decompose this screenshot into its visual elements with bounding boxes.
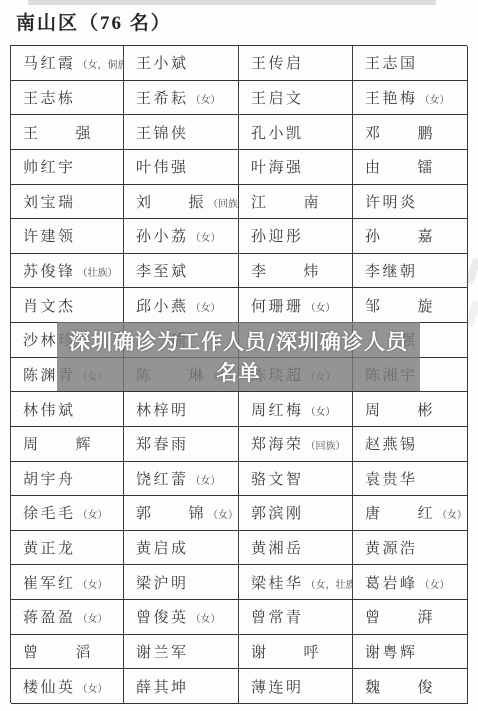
person-name: 许明炎 [365,191,418,212]
person-tag: （壮族） [78,264,118,279]
person-name: 由 镭 [365,156,435,177]
person-name: 邱小燕 [136,295,189,316]
table-cell: 郭 锦（女） [124,496,239,531]
person-tag: （女） [78,576,108,591]
person-name: 谢粤辉 [365,641,418,662]
person-name: 黄正龙 [23,537,76,558]
person-name: 黄源浩 [365,537,418,558]
person-tag: （女） [78,680,108,695]
scan-artifact-top [28,0,436,5]
table-cell: 李 炜 [239,254,353,289]
table-cell: 黄正龙 [11,531,124,566]
person-name: 周 彬 [365,399,435,420]
person-name: 魏 俊 [365,676,435,697]
table-cell: 黄湘岳 [239,531,353,566]
table-cell: 魏 俊 [353,669,468,704]
person-name: 曾 湃 [365,606,435,627]
person-tag: （女） [191,91,221,106]
person-name: 葛岩峰 [365,572,418,593]
table-cell: 葛岩峰（女） [353,565,468,600]
person-name: 楼仙英 [23,676,76,697]
person-tag: （女） [191,610,221,625]
table-cell: 郑春雨 [124,427,239,462]
table-cell: 王传启 [239,46,353,81]
table-cell: 蒋盈盈（女） [11,600,124,635]
person-name: 李继朝 [365,260,418,281]
person-tag: （回族） [306,437,346,452]
person-name: 肖文杰 [23,295,76,316]
person-name: 孙 嘉 [365,225,435,246]
table-cell: 谢 呼 [239,635,353,670]
table-cell: 胡宇舟 [11,462,124,497]
person-name: 曾常青 [251,606,304,627]
table-cell: 梁桂华（女，壮族） [239,565,353,600]
table-cell: 楼仙英（女） [11,669,124,704]
person-name: 周红梅 [251,399,304,420]
table-cell: 江 南 [239,185,353,220]
person-tag: （女） [191,299,221,314]
table-cell: 曾 湃 [353,600,468,635]
table-cell: 叶伟强 [124,150,239,185]
person-name: 王 强 [23,122,93,143]
person-name: 薛其坤 [136,676,189,697]
person-name: 叶伟强 [136,156,189,177]
watermark-overlay: 深圳确诊为工作人员/深圳确诊人员 名单 [57,322,420,391]
person-tag: （女） [191,229,221,244]
table-cell: 刘宝瑞 [11,185,124,220]
table-cell: 唐 红（女） [353,496,468,531]
table-cell: 徐毛毛（女） [11,496,124,531]
person-tag: （女） [420,576,450,591]
table-cell: 曾常青 [239,600,353,635]
table-cell: 周红梅（女） [239,392,353,427]
table-cell: 李继朝 [353,254,468,289]
person-name: 黄湘岳 [251,537,304,558]
person-tag: （女） [437,506,467,521]
person-name: 孙小荔 [136,225,189,246]
person-name: 薄连明 [251,676,304,697]
person-name: 帅红宇 [23,156,76,177]
person-tag: （女） [306,299,336,314]
person-name: 邓 鹏 [365,122,435,143]
table-cell: 由 镭 [353,150,468,185]
person-name: 袁贵华 [365,468,418,489]
table-cell: 曾俊英（女） [124,600,239,635]
table-cell: 谢粤辉 [353,635,468,670]
person-name: 郑春雨 [136,433,189,454]
table-cell: 谢兰军 [124,635,239,670]
table-cell: 黄源浩 [353,531,468,566]
table-cell: 崔军红（女） [11,565,124,600]
person-tag: （女，壮族） [306,576,353,591]
person-tag: （女，侗族） [78,56,124,71]
person-name: 刘宝瑞 [23,191,76,212]
table-cell: 邱小燕（女） [124,288,239,323]
table-cell: 黄启成 [124,531,239,566]
table-cell: 何珊珊（女） [239,288,353,323]
table-cell: 周 彬 [353,392,468,427]
table-cell: 曾 滔 [11,635,124,670]
watermark-line2: 名单 [217,358,261,388]
person-name: 赵燕锡 [365,433,418,454]
table-cell: 邓 鹏 [353,115,468,150]
person-name: 许建领 [23,225,76,246]
person-name: 王小斌 [136,52,189,73]
person-tag: （女） [78,506,108,521]
table-cell: 王希耘（女） [124,81,239,116]
table-cell: 许明炎 [353,185,468,220]
person-name: 马红霞 [23,52,76,73]
table-cell: 袁贵华 [353,462,468,497]
table-cell: 刘 振（回族） [124,185,239,220]
person-name: 胡宇舟 [23,468,76,489]
person-name: 谢 呼 [251,641,321,662]
table-cell: 王小斌 [124,46,239,81]
person-name: 王启文 [251,87,304,108]
person-name: 徐毛毛 [23,502,76,523]
page-title: 南山区（76 名） [16,8,172,35]
table-cell: 王志栋 [11,81,124,116]
person-name: 骆文智 [251,468,304,489]
person-name: 叶海强 [251,156,304,177]
table-cell: 王志国 [353,46,468,81]
table-cell: 薛其坤 [124,669,239,704]
table-cell: 郑海荣（回族） [239,427,353,462]
table-cell: 王锦侠 [124,115,239,150]
table-cell: 赵燕锡 [353,427,468,462]
person-name: 林梓明 [136,399,189,420]
table-cell: 周 辉 [11,427,124,462]
person-name: 周 辉 [23,433,93,454]
person-name: 苏俊锋 [23,260,76,281]
table-cell: 苏俊锋（壮族） [11,254,124,289]
person-name: 梁桂华 [251,572,304,593]
table-cell: 许建领 [11,219,124,254]
person-name: 孙迎彤 [251,225,304,246]
person-name: 饶红蕾 [136,468,189,489]
person-name: 李 炜 [251,260,321,281]
watermark-line1: 深圳确诊为工作人员/深圳确诊人员 [69,326,408,358]
person-name: 王希耘 [136,87,189,108]
person-name: 谢兰军 [136,641,189,662]
table-cell: 马红霞（女，侗族） [11,46,124,81]
person-name: 黄启成 [136,537,189,558]
person-name: 蒋盈盈 [23,606,76,627]
table-cell: 王艳梅（女） [353,81,468,116]
table-cell: 孙迎彤 [239,219,353,254]
person-name: 何珊珊 [251,295,304,316]
table-cell: 林伟斌 [11,392,124,427]
table-cell: 骆文智 [239,462,353,497]
person-name: 李至斌 [136,260,189,281]
person-name: 王志国 [365,52,418,73]
table-cell: 饶红蕾（女） [124,462,239,497]
table-cell: 梁沪明 [124,565,239,600]
table-cell: 肖文杰 [11,288,124,323]
table-cell: 孔小凯 [239,115,353,150]
person-tag: （回族） [208,195,239,210]
person-name: 王锦侠 [136,122,189,143]
person-name: 梁沪明 [136,572,189,593]
person-name: 刘 振 [136,191,206,212]
table-cell: 孙 嘉 [353,219,468,254]
person-name: 王传启 [251,52,304,73]
person-name: 曾 滔 [23,641,93,662]
table-cell: 林梓明 [124,392,239,427]
table-cell: 郭滨刚 [239,496,353,531]
person-name: 唐 红 [365,502,435,523]
person-tag: （女） [420,91,450,106]
table-cell: 叶海强 [239,150,353,185]
table-cell: 李至斌 [124,254,239,289]
table-cell: 薄连明 [239,669,353,704]
person-name: 王艳梅 [365,87,418,108]
person-name: 邹 旋 [365,295,435,316]
person-name: 郭 锦 [136,502,206,523]
table-cell: 帅红宇 [11,150,124,185]
person-tag: （女） [78,610,108,625]
person-name: 江 南 [251,191,321,212]
person-name: 林伟斌 [23,399,76,420]
table-cell: 王 强 [11,115,124,150]
table-cell: 邹 旋 [353,288,468,323]
person-tag: （女） [191,472,221,487]
person-name: 曾俊英 [136,606,189,627]
person-name: 崔军红 [23,572,76,593]
table-cell: 孙小荔（女） [124,219,239,254]
table-cell: 王启文 [239,81,353,116]
person-name: 郑海荣 [251,433,304,454]
person-name: 孔小凯 [251,122,304,143]
person-name: 郭滨刚 [251,502,304,523]
person-tag: （女） [306,403,336,418]
person-name: 王志栋 [23,87,76,108]
person-tag: （女） [208,506,238,521]
